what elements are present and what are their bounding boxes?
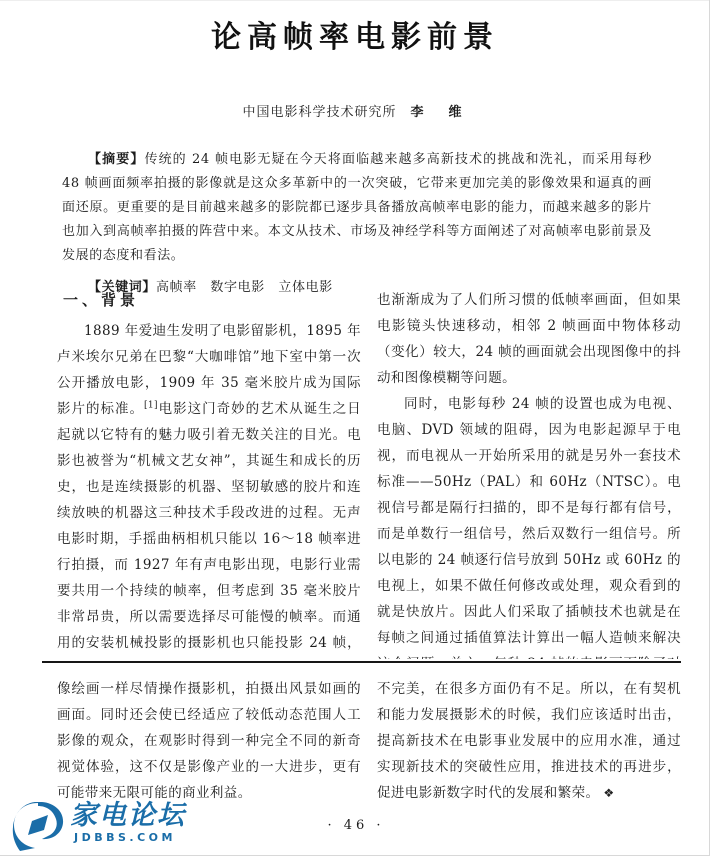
affiliation: 中国电影科学技术研究所 [242, 105, 396, 120]
jdbbs-watermark-logo: 家电论坛 JDBBS.COM [12, 802, 186, 856]
page-title: 论高帧率电影前景 [0, 12, 710, 56]
article-end-mark: ❖ [603, 786, 614, 800]
jdbbs-swirl-icon [12, 802, 64, 856]
jdbbs-logo-text: 家电论坛 JDBBS.COM [70, 802, 186, 843]
bottom-right-column: 不完美，在很多方面仍有不足。所以，在有契机和能力发展摄影术的时候，我们应该适时出… [377, 676, 681, 808]
logo-chinese-text: 家电论坛 [70, 802, 186, 829]
right-column: 也渐渐成为了人们所习惯的低帧率画面，但如果电影镜头快速移动，相邻 2 帧画面中物… [377, 287, 681, 659]
left-text-2: 电影这门奇妙的艺术从诞生之日起就以它特有的魅力吸引着无数关注的目光。电影也被誉为… [57, 401, 361, 659]
front-matter: 【摘要】传统的 24 帧电影无疑在今天将面临越来越多高新技术的挑战和洗礼，而采用… [62, 148, 652, 300]
bottom-right-paragraph: 不完美，在很多方面仍有不足。所以，在有契机和能力发展摄影术的时候，我们应该适时出… [377, 676, 681, 806]
section-divider-rule [42, 661, 681, 663]
scanned-article-page: 论高帧率电影前景 中国电影科学技术研究所李 维 【摘要】传统的 24 帧电影无疑… [0, 0, 710, 856]
abstract-label: 【摘要】 [88, 152, 144, 167]
abstract-text: 传统的 24 帧电影无疑在今天将面临越来越多高新技术的挑战和洗礼，而采用每秒 4… [62, 152, 652, 263]
body-columns-bottom: 像绘画一样尽情操作摄影机，拍摄出风景如画的画面。同时还会使已经适应了较低动态范围… [57, 676, 681, 808]
right-column-paragraph-1: 也渐渐成为了人们所习惯的低帧率画面，但如果电影镜头快速移动，相邻 2 帧画面中物… [377, 287, 681, 391]
author-name: 李 维 [411, 105, 468, 120]
body-columns-top: 一、背景 1889 年爱迪生发明了电影留影机，1895 年卢米埃尔兄弟在巴黎“大… [57, 287, 681, 659]
left-column: 一、背景 1889 年爱迪生发明了电影留影机，1895 年卢米埃尔兄弟在巴黎“大… [57, 287, 361, 659]
section-heading: 一、背景 [63, 289, 361, 310]
page-number: · 46 · [300, 818, 412, 833]
abstract-paragraph: 【摘要】传统的 24 帧电影无疑在今天将面临越来越多高新技术的挑战和洗礼，而采用… [62, 148, 652, 268]
right-column-paragraph-2: 同时，电影每秒 24 帧的设置也成为电视、电脑、DVD 领域的阻碍，因为电影起源… [377, 391, 681, 659]
bottom-left-column: 像绘画一样尽情操作摄影机，拍摄出风景如画的画面。同时还会使已经适应了较低动态范围… [57, 676, 361, 808]
bottom-left-paragraph-1: 像绘画一样尽情操作摄影机，拍摄出风景如画的画面。同时还会使已经适应了较低动态范围… [57, 676, 361, 806]
reference-mark-1: [1] [144, 401, 158, 411]
logo-domain-text: JDBBS.COM [70, 832, 186, 843]
left-column-paragraph: 1889 年爱迪生发明了电影留影机，1895 年卢米埃尔兄弟在巴黎“大咖啡馆”地… [57, 318, 361, 659]
byline: 中国电影科学技术研究所李 维 [0, 101, 710, 120]
bottom-right-text: 不完美，在很多方面仍有不足。所以，在有契机和能力发展摄影术的时候，我们应该适时出… [377, 681, 681, 801]
